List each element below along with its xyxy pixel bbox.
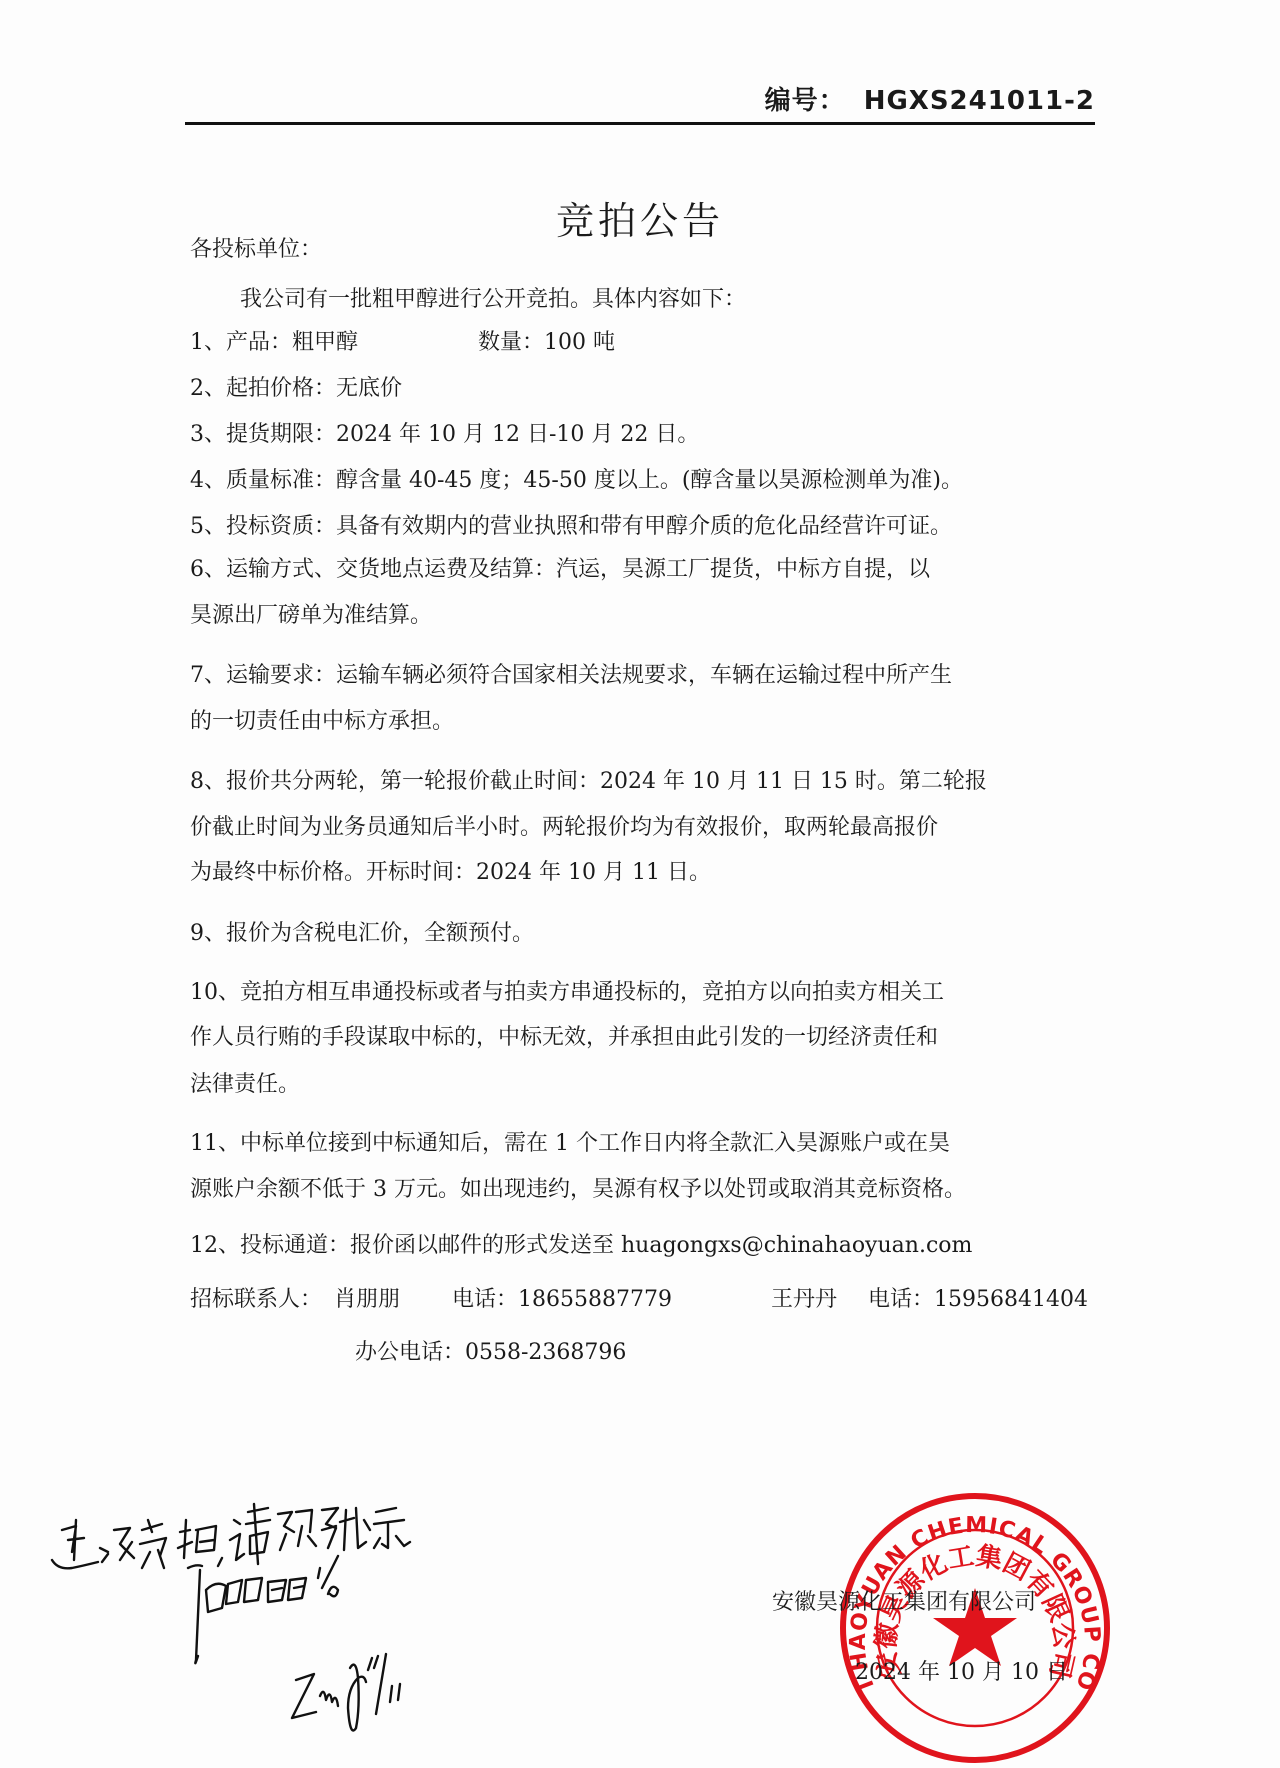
contact-2-phone: 电话：15956841404	[868, 1282, 1088, 1313]
item-1-product: 1、产品：粗甲醇	[190, 325, 358, 356]
contact-label: 招标联系人：	[190, 1282, 322, 1313]
item-8-bidding-line-1: 8、报价共分两轮，第一轮报价截止时间：2024 年 10 月 11 日 15 时…	[190, 764, 987, 795]
office-phone: 办公电话：0558-2368796	[355, 1335, 626, 1366]
item-11-winner-line-1: 11、中标单位接到中标通知后，需在 1 个工作日内将全款汇入昊源账户或在昊	[190, 1126, 950, 1157]
signoff-company: 安徽昊源化工集团有限公司	[772, 1585, 1036, 1616]
item-5-qualification: 5、投标资质：具备有效期内的营业执照和带有甲醇介质的危化品经营许可证。	[190, 509, 952, 540]
item-8-bidding-line-2: 价截止时间为业务员通知后半小时。两轮报价均为有效报价，取两轮最高报价	[190, 810, 938, 841]
item-7-requirements-line-2: 的一切责任由中标方承担。	[190, 704, 454, 735]
item-4-quality: 4、质量标准：醇含量 40-45 度；45-50 度以上。(醇含量以昊源检测单为…	[190, 463, 963, 494]
item-10-collusion-line-1: 10、竞拍方相互串通投标或者与拍卖方串通投标的，竞拍方以向拍卖方相关工	[190, 975, 944, 1006]
item-7-requirements-line-1: 7、运输要求：运输车辆必须符合国家相关法规要求，车辆在运输过程中所产生	[190, 658, 952, 689]
item-8-bidding-line-3: 为最终中标价格。开标时间：2024 年 10 月 11 日。	[190, 855, 711, 886]
header-rule	[185, 122, 1095, 125]
item-12-channel: 12、投标通道：报价函以邮件的形式发送至 huagongxs@chinahaoy…	[190, 1228, 972, 1259]
contact-1-phone: 电话：18655887779	[452, 1282, 672, 1313]
handwritten-approval-icon	[40, 1490, 480, 1750]
item-3-pickup-period: 3、提货期限：2024 年 10 月 12 日-10 月 22 日。	[190, 417, 699, 448]
item-9-payment: 9、报价为含税电汇价，全额预付。	[190, 916, 534, 947]
item-6-transport-line-2: 昊源出厂磅单为准结算。	[190, 598, 432, 629]
doc-number-value: HGXS241011-2	[864, 86, 1095, 116]
company-seal-icon: ANHUI HAOYUAN CHEMICAL GROUP CO.,LTD. 安徽…	[835, 1488, 1115, 1768]
contact-2-name: 王丹丹	[771, 1282, 837, 1313]
item-2-start-price: 2、起拍价格：无底价	[190, 371, 402, 402]
item-10-collusion-line-3: 法律责任。	[190, 1067, 300, 1098]
intro-paragraph: 我公司有一批粗甲醇进行公开竞拍。具体内容如下：	[240, 282, 746, 313]
contact-1-name: 肖朋朋	[334, 1282, 400, 1313]
item-6-transport-line-1: 6、运输方式、交货地点运费及结算：汽运，昊源工厂提货，中标方自提，以	[190, 552, 930, 583]
item-1-quantity: 数量：100 吨	[478, 325, 615, 356]
doc-number-label: 编号：	[765, 86, 846, 116]
item-10-collusion-line-2: 作人员行贿的手段谋取中标的，中标无效，并承担由此引发的一切经济责任和	[190, 1020, 938, 1051]
item-11-winner-line-2: 源账户余额不低于 3 万元。如出现违约，昊源有权予以处罚或取消其竞标资格。	[190, 1172, 966, 1203]
signoff-date: 2024 年 10 月 10 日	[855, 1655, 1068, 1686]
document-number: 编号：HGXS241011-2	[765, 80, 1095, 117]
salutation: 各投标单位：	[190, 232, 322, 263]
